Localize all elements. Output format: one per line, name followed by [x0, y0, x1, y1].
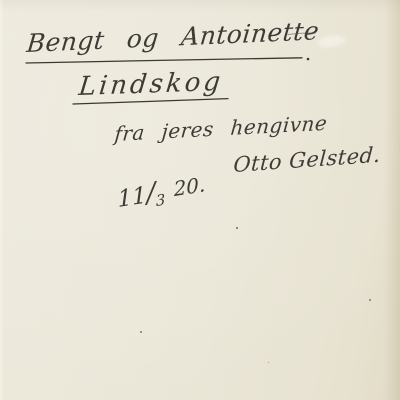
- underline-end-dot: [307, 58, 310, 61]
- underline-recipients: [26, 58, 302, 63]
- date-text: 11/320.: [117, 169, 206, 216]
- signature-text: Otto Gelsted.: [233, 142, 382, 177]
- date-month: 3: [155, 191, 165, 211]
- handwritten-inscription: Bengt og Antoinette Lindskog fra jeres h…: [0, 0, 400, 400]
- inscription-line-recipients: Bengt og Antoinette: [24, 16, 320, 58]
- book-page: Bengt og Antoinette Lindskog fra jeres h…: [0, 0, 400, 400]
- recipient-names-text: Bengt og Antoinette: [24, 16, 320, 58]
- surname-text: Lindskog: [76, 67, 224, 102]
- inscription-line-signature: Otto Gelsted.: [233, 142, 382, 177]
- inscription-line-surname: Lindskog: [76, 67, 224, 102]
- dedication-text: fra jeres hengivne: [112, 111, 329, 146]
- inscription-line-date: 11/320.: [117, 169, 206, 216]
- inscription-line-dedication: fra jeres hengivne: [112, 111, 329, 146]
- date-year: 20.: [172, 172, 206, 201]
- date-day: 11: [117, 182, 147, 213]
